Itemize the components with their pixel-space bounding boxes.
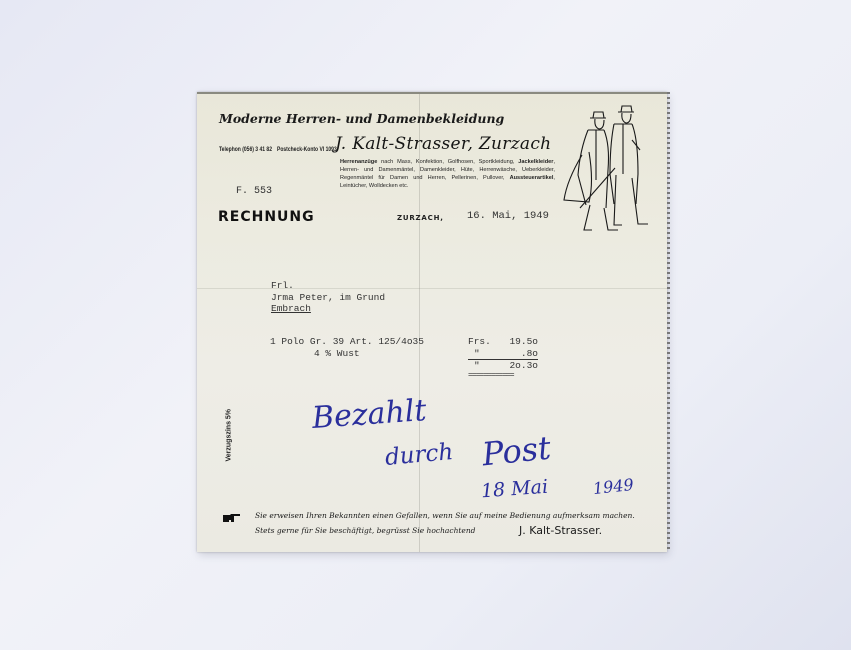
paper-top-edge [197, 92, 667, 94]
total-row: " 2o.3o [468, 360, 538, 372]
service-bold: Aussteuerartikel [510, 175, 554, 181]
invoice-title: RECHNUNG [218, 209, 315, 225]
line-item-description: 1 Polo Gr. 39 Art. 125/4o35 [270, 336, 424, 347]
pointing-hand-icon [223, 514, 240, 522]
perforated-edge [667, 92, 670, 552]
handwritten-year: 1949 [592, 475, 634, 498]
handwritten-date: 18 Mai [480, 476, 548, 503]
invoice-place: ZURZACH, [397, 214, 444, 222]
footer-recommendation: Sie erweisen Ihren Bekannten einen Gefal… [255, 511, 635, 520]
gentlemen-illustration-icon [560, 100, 660, 240]
handwritten-by: durch [384, 439, 454, 471]
service-text: nach Mass, Konfektion, Golfhosen, Sportk… [377, 159, 514, 165]
recipient-address: Frl. Jrma Peter, im Grund Embrach [271, 280, 385, 315]
company-name: J. Kalt-Strasser, Zurzach [335, 134, 551, 154]
total-double-rule: ============ [468, 372, 538, 380]
recipient-city: Embrach [271, 303, 385, 315]
footer-greeting: Stets gerne für Sie beschäftigt, begrüss… [255, 526, 476, 535]
invoice-paper: Moderne Herren- und Damenbekleidung Tele… [197, 92, 667, 552]
line-items: 1 Polo Gr. 39 Art. 125/4o35 4 % Wust [270, 336, 424, 359]
line-item-vat: 4 % Wust [270, 348, 424, 360]
footer-signature: J. Kalt-Strasser. [519, 524, 602, 537]
services-list: Herrenanzüge nach Mass, Konfektion, Golf… [340, 158, 555, 190]
service-text: Pellerinen, Pullover, [451, 175, 509, 181]
handwritten-paid: Bezahlt [311, 393, 428, 436]
service-bold: Herrenanzüge [340, 159, 377, 165]
invoice-date: 16. Mai, 1949 [467, 210, 549, 222]
amount-value: 19.5o [509, 336, 538, 348]
amount-row: " .8o [468, 348, 538, 361]
amounts-column: Frs. 19.5o " .8o " 2o.3o ============ [468, 336, 538, 380]
letterhead-phone: Telephon (056) 3 41 82 [219, 146, 272, 153]
handwritten-post: Post [480, 429, 552, 474]
recipient-salutation: Frl. [271, 280, 385, 292]
amount-value: .8o [521, 348, 538, 360]
amount-currency: " [468, 348, 480, 360]
total-amount: 2o.3o [509, 360, 538, 372]
service-bold: Jackelkleider [518, 159, 553, 165]
recipient-name: Jrma Peter, im Grund [271, 292, 385, 304]
total-currency: " [468, 360, 480, 372]
letterhead-postcheck: Postcheck-Konto VI 1093 [277, 146, 337, 153]
invoice-reference: F. 553 [236, 186, 272, 197]
amount-row: Frs. 19.5o [468, 336, 538, 348]
amount-currency: Frs. [468, 336, 491, 348]
late-interest-note: Verzugszins 5% [226, 402, 233, 462]
letterhead-tagline: Moderne Herren- und Damenbekleidung [219, 111, 504, 126]
